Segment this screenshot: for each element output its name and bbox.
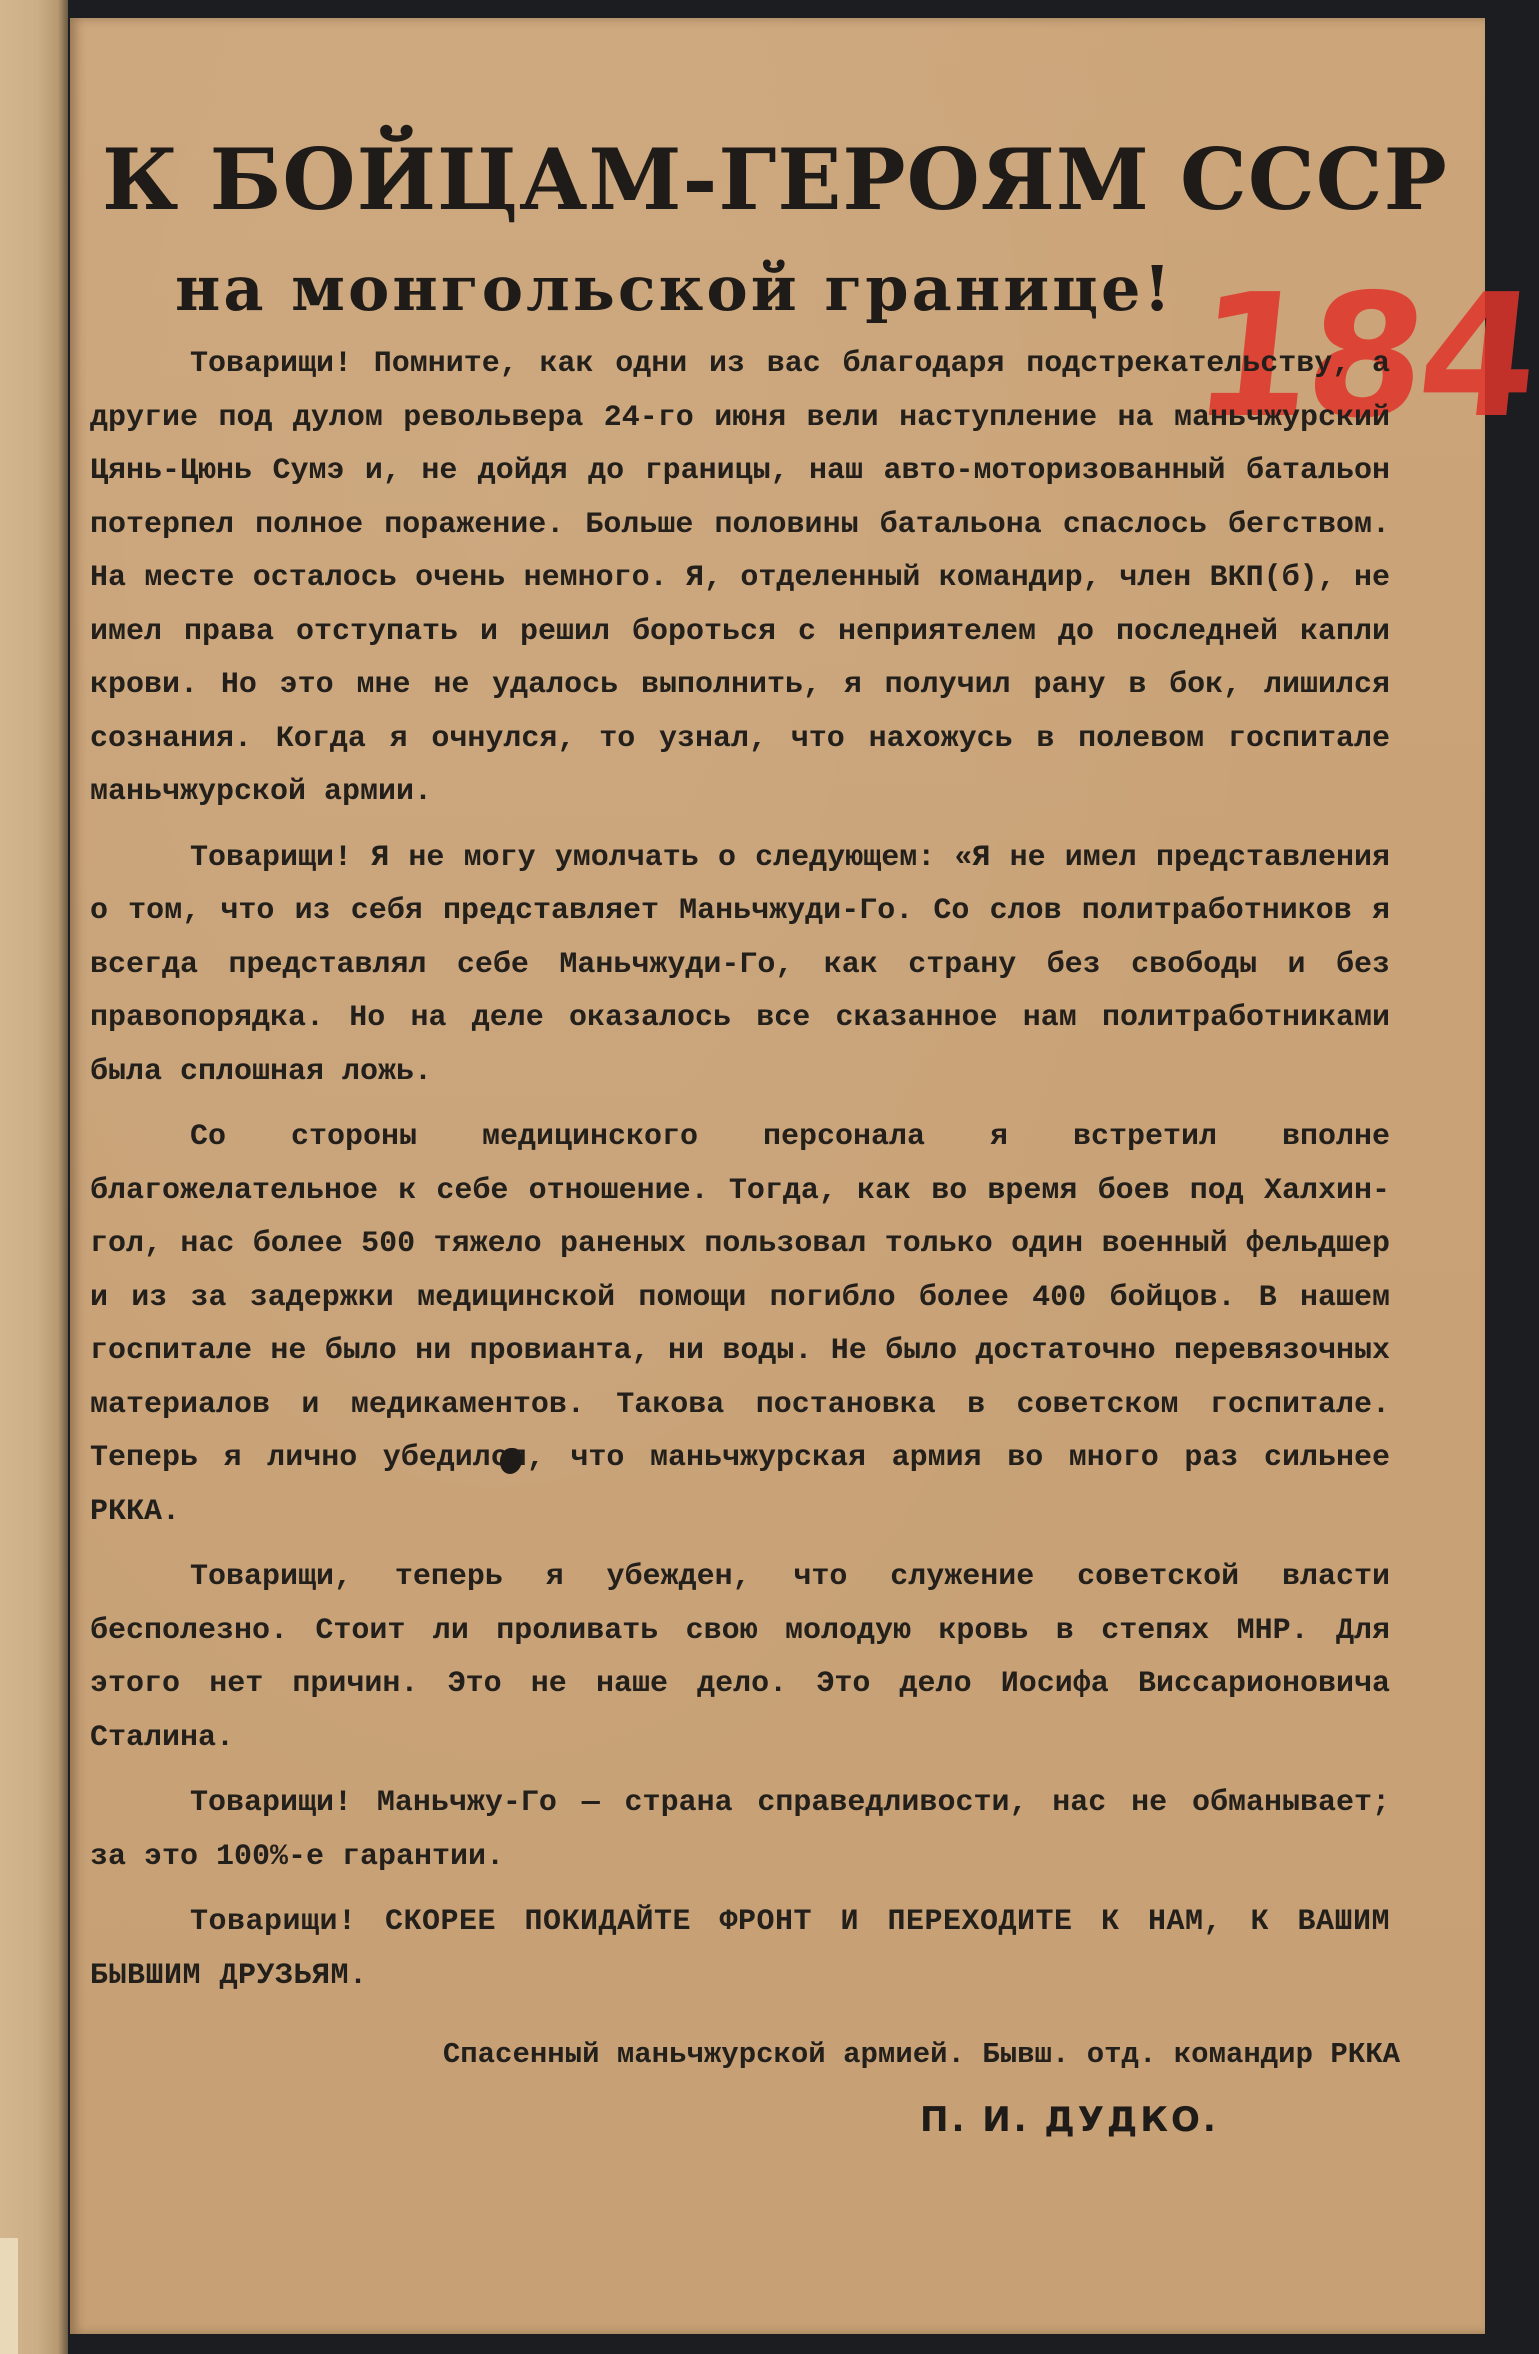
paragraph: Товарищи! Помните, как одни из вас благо…: [90, 338, 1390, 820]
leaflet-subtitle: на монгольской границе!: [175, 258, 1375, 320]
paragraph: Товарищи, теперь я убежден, что служение…: [90, 1551, 1390, 1765]
signature-name: П. И. ДУДКО.: [920, 2100, 1219, 2140]
paragraph: Со стороны медицинского персонала я встр…: [90, 1111, 1390, 1539]
scan-border-bottom: [70, 2334, 1539, 2354]
paragraph: Товарищи! Я не могу умолчать о следующем…: [90, 832, 1390, 1100]
adjacent-page-corner: [0, 2238, 18, 2354]
scan-border-top: [70, 0, 1485, 18]
leaflet-body: Товарищи! Помните, как одни из вас благо…: [90, 338, 1390, 2015]
adjacent-page-edge: [0, 0, 68, 2354]
signature-line: Спасенный маньчжурской армией. Бывш. отд…: [270, 2038, 1400, 2071]
paragraph-appeal: Товарищи! СКОРЕЕ ПОКИДАЙТЕ ФРОНТ И ПЕРЕХ…: [90, 1896, 1390, 2003]
leaflet-page: К БОЙЦАМ-ГЕРОЯМ СССР на монгольской гран…: [70, 18, 1485, 2334]
leaflet-title: К БОЙЦАМ-ГЕРОЯМ СССР: [102, 138, 1392, 222]
paragraph: Товарищи! Маньчжу-Го — страна справедлив…: [90, 1777, 1390, 1884]
